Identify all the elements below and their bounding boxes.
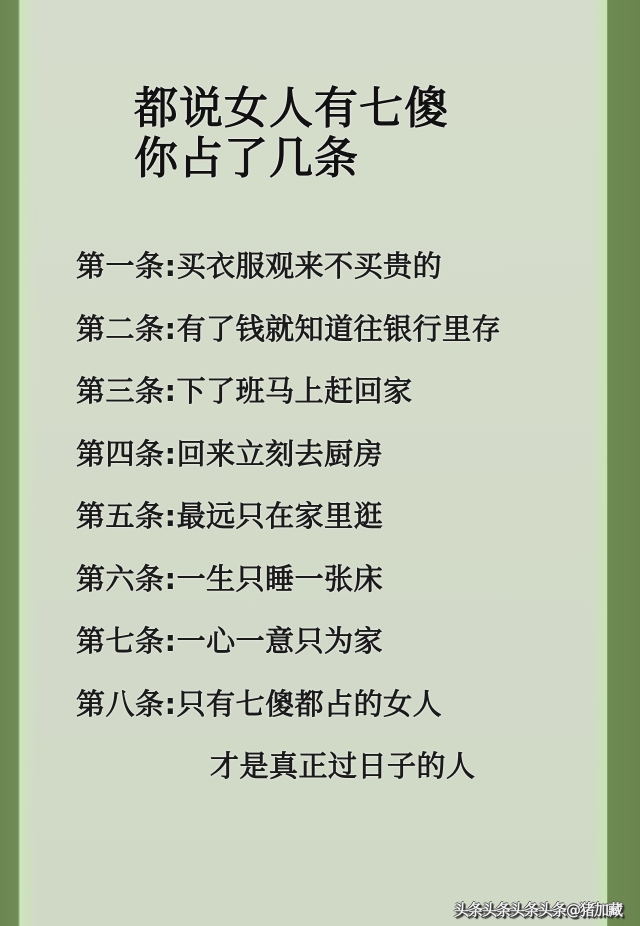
list-item: 第五条:最远只在家里逛 [76,492,501,555]
item-colon: : [165,437,177,471]
item-number: 第四条 [76,437,165,471]
item-number: 第八条 [76,687,165,721]
watermark: 头条头条头条头条@猪加藏 [454,899,622,920]
closing-line: 才是真正过日子的人 [76,742,501,805]
item-text: 最远只在家里逛 [177,499,384,533]
list-item: 第六条:一生只睡一张床 [76,555,501,618]
item-text: 下了班马上赶回家 [177,374,413,408]
item-text: 回来立刻去厨房 [177,437,384,471]
title-line-2: 你占了几条 [134,134,449,184]
list-item: 第八条:只有七傻都占的女人 [76,680,501,743]
item-number: 第三条 [76,374,165,408]
list-item: 第一条:买衣服观来不买贵的 [76,242,501,305]
item-number: 第一条 [76,249,165,283]
item-text: 一心一意只为家 [177,624,384,658]
item-colon: : [165,312,177,346]
item-colon: : [165,562,177,596]
item-text: 一生只睡一张床 [177,562,384,596]
rules-list: 第一条:买衣服观来不买贵的 第二条:有了钱就知道往银行里存 第三条:下了班马上赶… [76,242,501,805]
page-title: 都说女人有七傻 你占了几条 [134,84,449,184]
item-colon: : [165,624,177,658]
item-text: 买衣服观来不买贵的 [177,249,443,283]
list-item: 第三条:下了班马上赶回家 [76,367,501,430]
item-number: 第五条 [76,499,165,533]
title-line-1: 都说女人有七傻 [134,84,449,134]
list-item: 第四条:回来立刻去厨房 [76,430,501,493]
item-colon: : [165,374,177,408]
item-number: 第七条 [76,624,165,658]
item-text: 有了钱就知道往银行里存 [177,312,502,346]
list-item: 第七条:一心一意只为家 [76,617,501,680]
item-colon: : [165,249,177,283]
item-colon: : [165,499,177,533]
item-number: 第六条 [76,562,165,596]
list-item: 第二条:有了钱就知道往银行里存 [76,305,501,368]
item-colon: : [165,687,177,721]
item-text: 只有七傻都占的女人 [177,687,443,721]
item-number: 第二条 [76,312,165,346]
